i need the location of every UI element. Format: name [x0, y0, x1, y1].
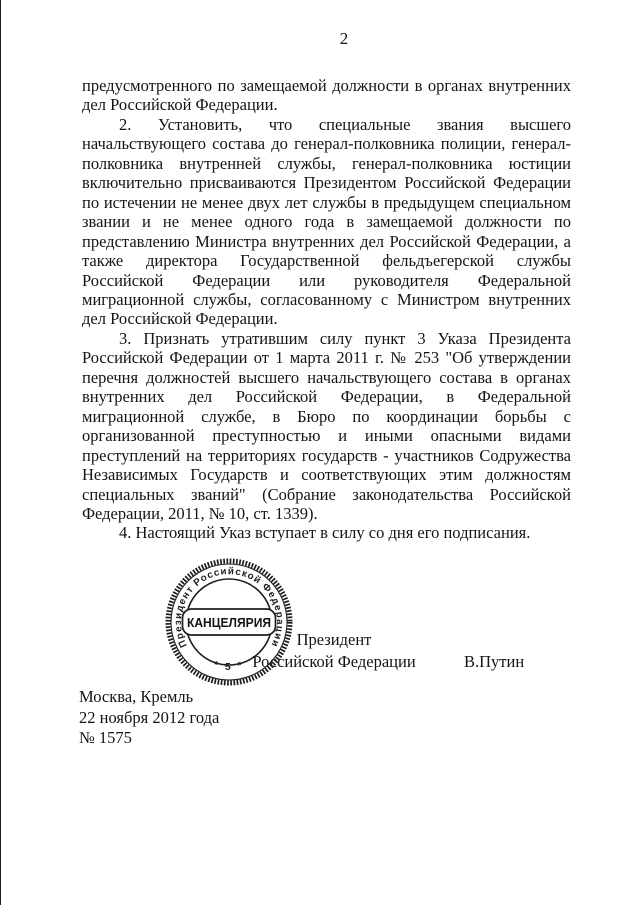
paragraph: 3. Признать утратившим силу пункт 3 Указ…	[82, 329, 571, 524]
issuance-place: Москва, Кремль	[79, 687, 219, 708]
page-number: 2	[82, 29, 606, 49]
stamp-center-label: КАНЦЕЛЯРИЯ	[187, 615, 271, 630]
issuance-date: 22 ноября 2012 года	[79, 708, 219, 729]
paragraph: 2. Установить, что специальные звания вы…	[82, 115, 571, 329]
stamp-bottom-text: * 5 *	[212, 659, 246, 673]
decree-body: предусмотренного по замещаемой должности…	[82, 76, 571, 543]
issuance-number: № 1575	[79, 728, 219, 749]
chancellery-stamp-icon: Президент Российской Федерации * 5 * КАН…	[164, 557, 294, 687]
signature-name: В.Путин	[464, 651, 524, 673]
paragraph: предусмотренного по замещаемой должности…	[82, 76, 571, 115]
scan-edge-line	[0, 0, 1, 905]
issuance-block: Москва, Кремль 22 ноября 2012 года № 157…	[79, 687, 219, 749]
paragraph: 4. Настоящий Указ вступает в силу со дня…	[82, 523, 571, 542]
document-page: 2 предусмотренного по замещаемой должнос…	[0, 0, 640, 905]
